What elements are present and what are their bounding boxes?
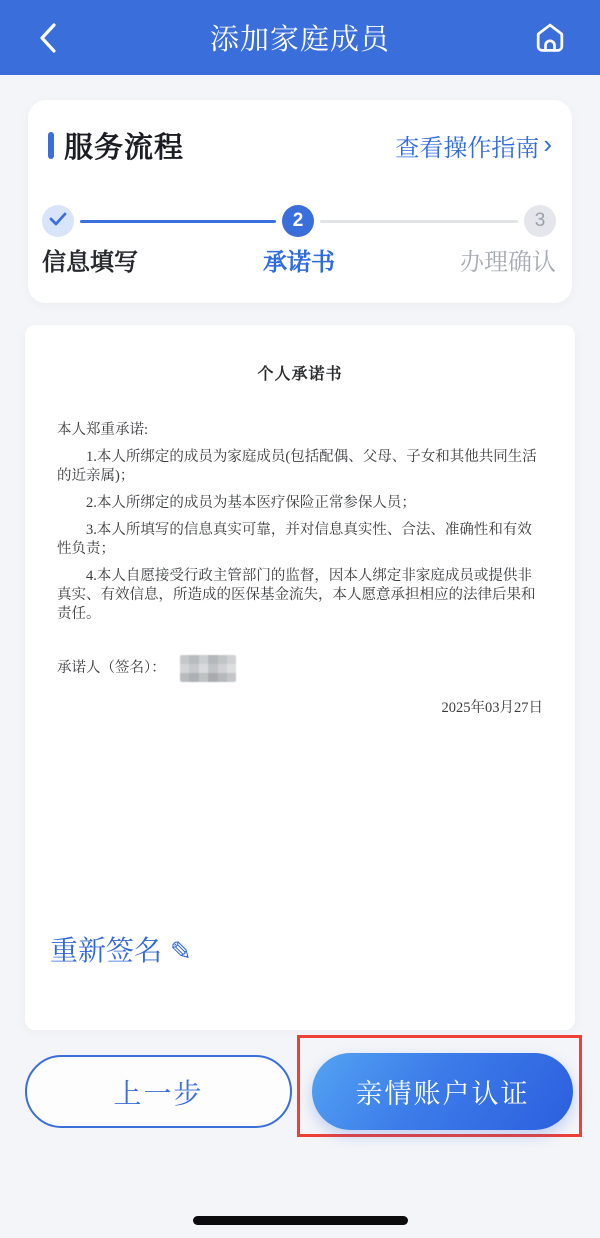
section-title-wrap: 服务流程 xyxy=(48,125,184,166)
step-connector-active xyxy=(80,220,276,223)
navbar: 添加家庭成员 xyxy=(0,0,600,75)
document-intro: 本人郑重承诺: xyxy=(57,421,543,440)
blurred-signature xyxy=(180,655,236,682)
resign-label: 重新签名 xyxy=(50,929,162,969)
home-button[interactable] xyxy=(528,18,572,62)
step-1-circle xyxy=(42,205,74,237)
step-3-label: 办理确认 xyxy=(460,242,556,277)
commitment-card: 个人承诺书 本人郑重承诺: 1.本人所绑定的成员为家庭成员(包括配偶、父母、子女… xyxy=(25,325,575,1030)
signer-label: 承诺人（签名）： xyxy=(57,659,166,678)
resign-link[interactable]: 重新签名 ✎ xyxy=(50,929,192,969)
app-screen: 添加家庭成员 服务流程 查看操作指南 › xyxy=(0,0,600,1238)
family-account-verify-button[interactable]: 亲情账户认证 xyxy=(312,1053,573,1130)
commitment-item: 2.本人所绑定的成员为基本医疗保险正常参保人员； xyxy=(57,494,543,513)
view-guide-label: 查看操作指南 xyxy=(395,128,539,163)
commitment-document: 个人承诺书 本人郑重承诺: 1.本人所绑定的成员为家庭成员(包括配偶、父母、子女… xyxy=(57,365,543,718)
step-2-number: 2 xyxy=(293,210,304,232)
check-icon xyxy=(49,210,67,232)
commitment-item: 3.本人所填写的信息真实可靠，并对信息真实性、合法、准确性和有效性负责； xyxy=(57,521,543,559)
section-title: 服务流程 xyxy=(64,125,184,166)
step-1-label: 信息填写 xyxy=(42,242,138,277)
title-accent-bar xyxy=(48,132,54,159)
previous-step-button[interactable]: 上一步 xyxy=(25,1055,292,1128)
step-3-number: 3 xyxy=(535,210,546,232)
commitment-item: 4.本人自愿接受行政主管部门的监督，因本人绑定非家庭成员或提供非真实、有效信息，… xyxy=(57,567,543,624)
step-2-circle: 2 xyxy=(282,205,314,237)
page-title: 添加家庭成员 xyxy=(0,0,600,75)
commitment-date: 2025年03月27日 xyxy=(57,699,543,718)
view-guide-link[interactable]: 查看操作指南 › xyxy=(395,128,552,163)
step-2-label: 承诺书 xyxy=(244,242,354,277)
document-title: 个人承诺书 xyxy=(57,365,543,384)
home-icon xyxy=(532,20,568,61)
chevron-right-icon: › xyxy=(543,131,552,157)
service-process-card: 服务流程 查看操作指南 › 2 3 信息填写 承诺书 办理确认 xyxy=(28,100,572,303)
pencil-icon: ✎ xyxy=(170,936,192,967)
commitment-item: 1.本人所绑定的成员为家庭成员(包括配偶、父母、子女和其他共同生活的近亲属)； xyxy=(57,448,543,486)
step-connector-inactive xyxy=(320,220,518,223)
step-3-circle: 3 xyxy=(524,205,556,237)
home-indicator-bar xyxy=(193,1216,408,1225)
